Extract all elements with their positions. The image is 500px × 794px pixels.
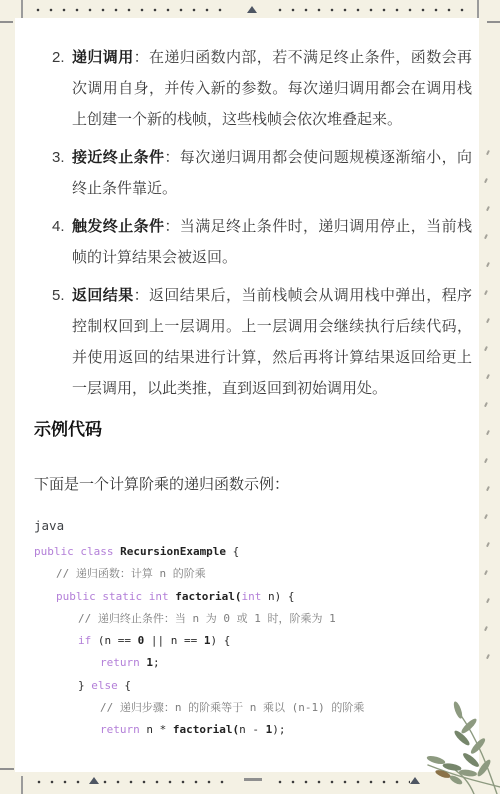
list-item-term: 触发终止条件 bbox=[72, 218, 164, 235]
margin-tick bbox=[484, 290, 488, 295]
java-code-block: public class RecursionExample {// 递归函数：计… bbox=[34, 541, 472, 742]
margin-tick bbox=[486, 486, 490, 491]
code-token: public static int bbox=[56, 590, 175, 603]
list-item-number: 2. bbox=[52, 42, 66, 135]
margin-tick bbox=[484, 402, 488, 407]
top-triangle-icon bbox=[247, 6, 257, 13]
list-item-text: 接近终止条件：每次递归调用都会使问题规模逐渐缩小，向终止条件靠近。 bbox=[72, 142, 472, 204]
document-body: 2.递归调用：在递归函数内部，若不满足终止条件，函数会再次调用自身，并传入新的参… bbox=[34, 42, 472, 742]
margin-tick bbox=[484, 234, 488, 239]
margin-tick bbox=[484, 458, 488, 463]
margin-tick bbox=[486, 374, 490, 379]
code-token: else bbox=[91, 679, 118, 692]
code-token: { bbox=[226, 545, 239, 558]
top-right-corner-line bbox=[477, 0, 479, 18]
list-item-text: 触发终止条件：当满足终止条件时，递归调用停止，当前栈帧的计算结果会被返回。 bbox=[72, 211, 472, 273]
code-token: RecursionExample bbox=[120, 545, 226, 558]
code-line: return n * factorial(n - 1); bbox=[34, 719, 472, 741]
code-token: 1 bbox=[146, 656, 153, 669]
recursion-steps-list: 2.递归调用：在递归函数内部，若不满足终止条件，函数会再次调用自身，并传入新的参… bbox=[34, 42, 472, 404]
margin-tick bbox=[486, 542, 490, 547]
top-dotted-border-right bbox=[278, 8, 468, 12]
margin-tick bbox=[486, 654, 490, 659]
top-left-corner-line bbox=[21, 0, 23, 18]
note-page: { "page": { "background_color": "#f4f1e4… bbox=[0, 0, 500, 794]
list-item-number: 3. bbox=[52, 142, 66, 204]
bottom-dotted-border-b bbox=[103, 780, 231, 784]
code-token: || n == bbox=[144, 634, 204, 647]
bottom-left-corner-dash bbox=[0, 768, 14, 770]
code-token: public class bbox=[34, 545, 120, 558]
list-item: 2.递归调用：在递归函数内部，若不满足终止条件，函数会再次调用自身，并传入新的参… bbox=[52, 42, 472, 135]
bottom-dotted-border-c bbox=[278, 780, 410, 784]
code-line: public class RecursionExample { bbox=[34, 541, 472, 563]
code-token: return bbox=[100, 723, 146, 736]
list-item-number: 5. bbox=[52, 280, 66, 404]
bottom-middle-dash bbox=[244, 778, 262, 781]
code-token: { bbox=[118, 679, 131, 692]
code-token: n - bbox=[239, 723, 266, 736]
margin-tick bbox=[484, 626, 488, 631]
bottom-dotted-border-a bbox=[37, 780, 89, 784]
margin-tick bbox=[484, 346, 488, 351]
margin-tick bbox=[484, 514, 488, 519]
code-token: factorial( bbox=[173, 723, 239, 736]
bottom-triangle-left-icon bbox=[89, 777, 99, 784]
right-margin-tick-pattern bbox=[483, 150, 493, 680]
code-token: ); bbox=[272, 723, 285, 736]
margin-tick bbox=[484, 570, 488, 575]
top-dotted-border-left bbox=[36, 8, 228, 12]
list-item: 4.触发终止条件：当满足终止条件时，递归调用停止，当前栈帧的计算结果会被返回。 bbox=[52, 211, 472, 273]
intro-paragraph: 下面是一个计算阶乘的递归函数示例： bbox=[34, 473, 472, 496]
code-line: // 递归终止条件：当 n 为 0 或 1 时，阶乘为 1 bbox=[34, 608, 472, 630]
list-item-number: 4. bbox=[52, 211, 66, 273]
code-language-label: java bbox=[34, 518, 472, 534]
code-token: // 递归函数：计算 n 的阶乘 bbox=[56, 567, 206, 580]
list-item-term: 返回结果 bbox=[72, 287, 134, 304]
margin-tick bbox=[484, 178, 488, 183]
margin-tick bbox=[486, 150, 490, 155]
margin-tick bbox=[486, 430, 490, 435]
code-token: return bbox=[100, 656, 146, 669]
code-token: } bbox=[78, 679, 91, 692]
margin-tick bbox=[486, 206, 490, 211]
section-heading: 示例代码 bbox=[34, 418, 472, 441]
list-item: 5.返回结果：返回结果后，当前栈帧会从调用栈中弹出，程序控制权回到上一层调用。上… bbox=[52, 280, 472, 404]
list-item-term: 接近终止条件 bbox=[72, 149, 164, 166]
bottom-left-corner-line bbox=[21, 776, 23, 794]
code-token: ) { bbox=[210, 634, 230, 647]
code-token: if bbox=[78, 634, 91, 647]
top-left-corner-dash bbox=[0, 21, 13, 23]
list-item-text: 返回结果：返回结果后，当前栈帧会从调用栈中弹出，程序控制权回到上一层调用。上一层… bbox=[72, 280, 472, 404]
code-token: factorial( bbox=[175, 590, 241, 603]
code-line: public static int factorial(int n) { bbox=[34, 586, 472, 608]
top-right-corner-dash bbox=[487, 21, 500, 23]
margin-tick bbox=[486, 318, 490, 323]
code-line: return 1; bbox=[34, 652, 472, 674]
code-token: (n == bbox=[91, 634, 137, 647]
code-token: ; bbox=[153, 656, 160, 669]
code-token: int bbox=[241, 590, 261, 603]
code-token: // 递归终止条件：当 n 为 0 或 1 时，阶乘为 1 bbox=[78, 612, 336, 625]
list-item-text: 递归调用：在递归函数内部，若不满足终止条件，函数会再次调用自身，并传入新的参数。… bbox=[72, 42, 472, 135]
code-token: // 递归步骤：n 的阶乘等于 n 乘以 (n-1) 的阶乘 bbox=[100, 701, 364, 714]
margin-tick bbox=[486, 598, 490, 603]
code-token: n) { bbox=[261, 590, 294, 603]
margin-tick bbox=[486, 262, 490, 267]
code-line: // 递归步骤：n 的阶乘等于 n 乘以 (n-1) 的阶乘 bbox=[34, 697, 472, 719]
code-line: if (n == 0 || n == 1) { bbox=[34, 630, 472, 652]
code-line: } else { bbox=[34, 675, 472, 697]
list-item: 3.接近终止条件：每次递归调用都会使问题规模逐渐缩小，向终止条件靠近。 bbox=[52, 142, 472, 204]
list-item-term: 递归调用 bbox=[72, 49, 134, 66]
code-token: n * bbox=[146, 723, 173, 736]
code-line: // 递归函数：计算 n 的阶乘 bbox=[34, 563, 472, 585]
